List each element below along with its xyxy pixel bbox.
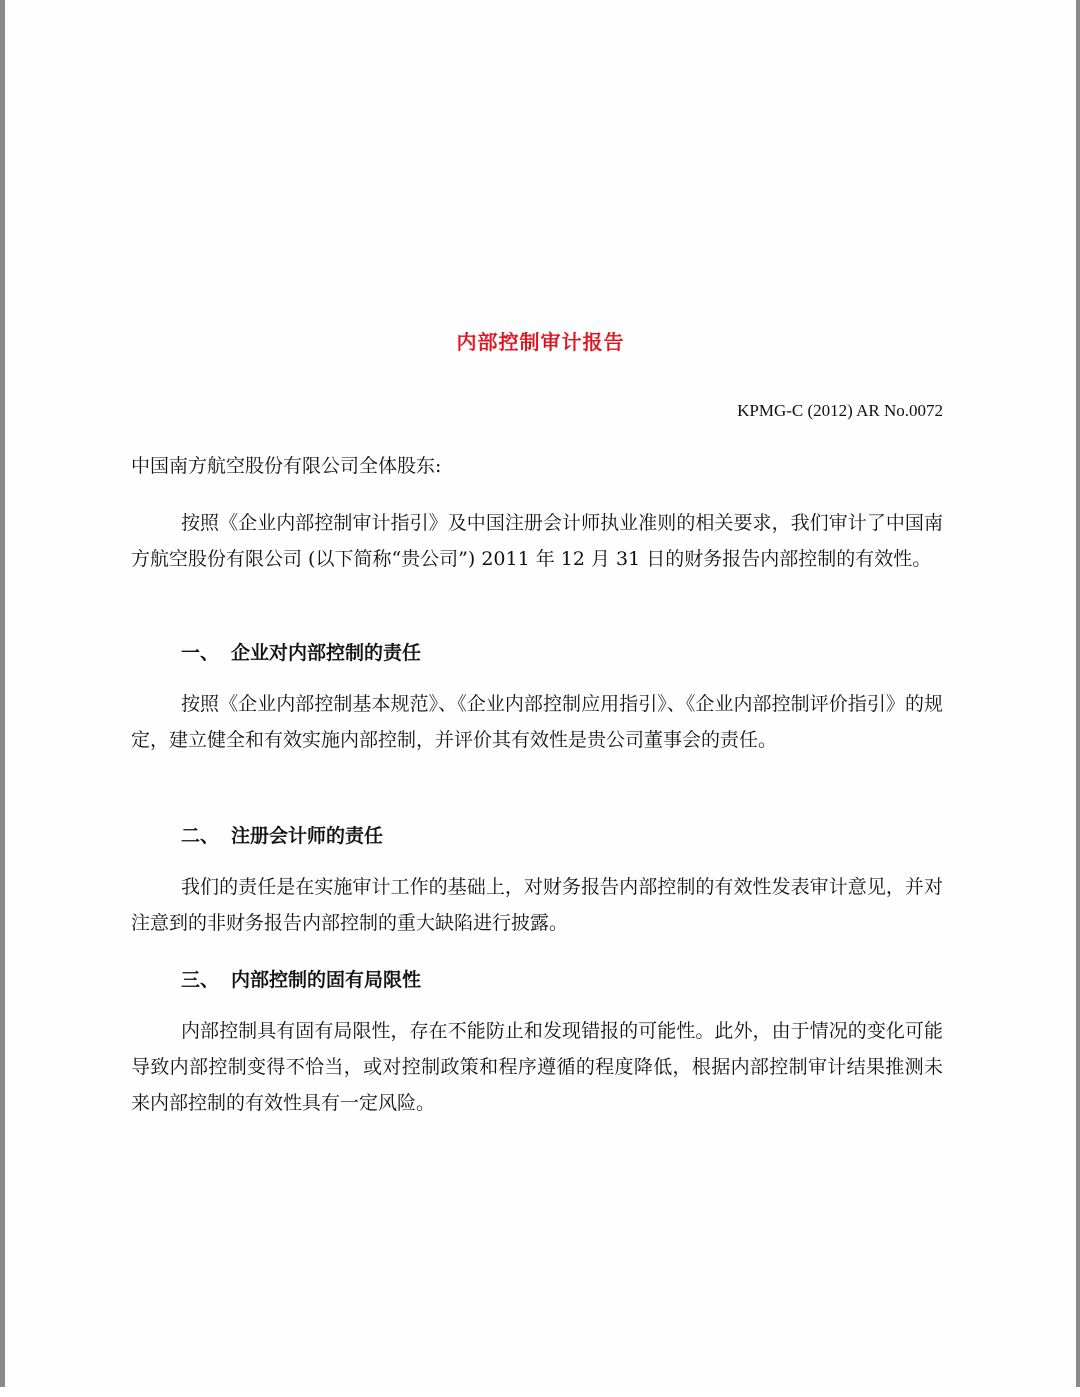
section-1-paragraph: 按照《企业内部控制基本规范》、《企业内部控制应用指引》、《企业内部控制评价指引》…: [131, 686, 943, 758]
section-number: 一、: [181, 638, 231, 665]
section-3-paragraph: 内部控制具有固有局限性，存在不能防止和发现错报的可能性。此外，由于情况的变化可能…: [131, 1013, 943, 1121]
document-title: 内部控制审计报告: [5, 326, 1076, 355]
section-title: 注册会计师的责任: [231, 825, 383, 847]
reference-number: KPMG-C (2012) AR No.0072: [737, 401, 943, 421]
section-heading-3: 三、内部控制的固有局限性: [181, 965, 421, 992]
page-edge-right: [1076, 0, 1080, 1387]
section-title: 内部控制的固有局限性: [231, 969, 421, 991]
intro-paragraph: 按照《企业内部控制审计指引》及中国注册会计师执业准则的相关要求，我们审计了中国南…: [131, 505, 943, 577]
section-2-paragraph: 我们的责任是在实施审计工作的基础上，对财务报告内部控制的有效性发表审计意见，并对…: [131, 869, 943, 941]
section-heading-2: 二、注册会计师的责任: [181, 821, 383, 848]
document-viewer: 内部控制审计报告 KPMG-C (2012) AR No.0072 中国南方航空…: [0, 0, 1080, 1397]
section-title: 企业对内部控制的责任: [231, 642, 421, 664]
section-number: 三、: [181, 965, 231, 992]
section-number: 二、: [181, 821, 231, 848]
salutation: 中国南方航空股份有限公司全体股东:: [131, 451, 441, 478]
section-heading-1: 一、企业对内部控制的责任: [181, 638, 421, 665]
